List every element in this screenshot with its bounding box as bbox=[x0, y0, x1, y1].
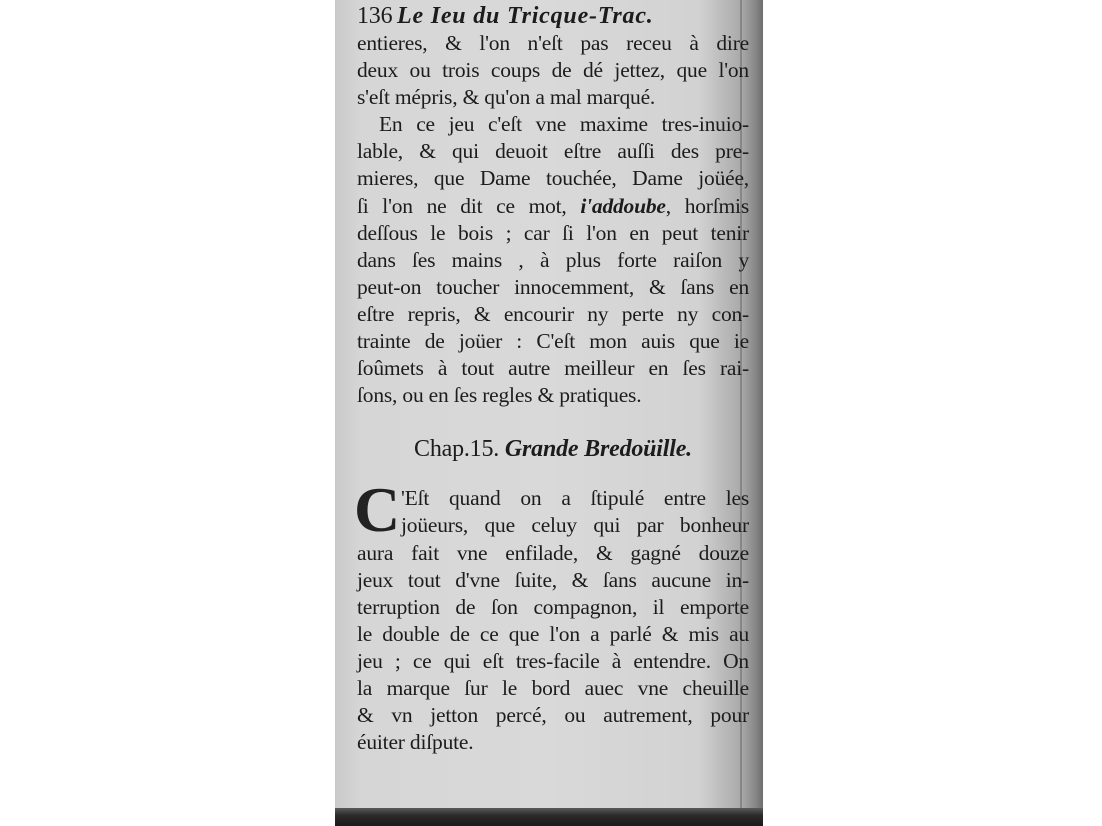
text-line: eſtre repris, & encourir ny perte ny con… bbox=[357, 301, 749, 328]
italic-term: i'addoube bbox=[580, 194, 665, 218]
drop-cap: C bbox=[354, 481, 400, 539]
paragraph-1: entieres, & l'on n'eſt pas receu à dire … bbox=[357, 30, 749, 111]
text-line: mieres, que Dame touchée, Dame joüée, bbox=[357, 165, 749, 192]
text-span: , horſmis bbox=[666, 194, 749, 218]
text-line: En ce jeu c'eſt vne maxime tres-inuio- bbox=[357, 111, 749, 138]
text-line: jeu ; ce qui eſt tres-facile à entendre.… bbox=[357, 648, 749, 675]
text-line: deſſous le bois ; car ſi l'on en peut te… bbox=[357, 220, 749, 247]
page-header: 136 Le Ieu du Tricque-Trac. bbox=[357, 2, 749, 30]
text-line: & vn jetton percé, ou autrement, pour bbox=[357, 702, 749, 729]
text-line: jeux tout d'vne ſuite, & ſans aucune in- bbox=[357, 567, 749, 594]
chapter-number: Chap.15. bbox=[414, 436, 499, 462]
page-text-block: 136 Le Ieu du Tricque-Trac. entieres, & … bbox=[357, 2, 749, 756]
scanned-book-page: 136 Le Ieu du Tricque-Trac. entieres, & … bbox=[335, 0, 763, 826]
running-head: Le Ieu du Tricque-Trac. bbox=[397, 2, 654, 30]
text-line: aura fait vne enfilade, & gagné douze bbox=[357, 540, 749, 567]
text-line: entieres, & l'on n'eſt pas receu à dire bbox=[357, 30, 749, 57]
text-line: dans ſes mains , à plus forte raiſon y bbox=[357, 247, 749, 274]
text-line: peut-on toucher innocemment, & ſans en bbox=[357, 274, 749, 301]
paragraph-3: C 'Eſt quand on a ſtipulé entre les joüe… bbox=[357, 485, 749, 756]
text-line: ſoûmets à tout autre meilleur en ſes rai… bbox=[357, 355, 749, 382]
text-line: la marque ſur le bord auec vne cheuille bbox=[357, 675, 749, 702]
text-line: ſi l'on ne dit ce mot, i'addoube, horſmi… bbox=[357, 193, 749, 220]
text-line: lable, & qui deuoit eſtre auſſi des pre- bbox=[357, 138, 749, 165]
chapter-title: Grande Bredoüille. bbox=[505, 436, 692, 462]
text-line: le double de ce que l'on a parlé & mis a… bbox=[357, 621, 749, 648]
text-line: trainte de joüer : C'eſt mon auis que ie bbox=[357, 328, 749, 355]
text-line: joüeurs, que celuy qui par bonheur bbox=[357, 512, 749, 539]
text-line: ſons, ou en ſes regles & pratiques. bbox=[357, 382, 749, 409]
page-number: 136 bbox=[357, 2, 397, 30]
paragraph-2: En ce jeu c'eſt vne maxime tres-inuio- l… bbox=[357, 111, 749, 409]
text-line: terruption de ſon compagnon, il emporte bbox=[357, 594, 749, 621]
text-line: 'Eſt quand on a ſtipulé entre les bbox=[357, 485, 749, 512]
text-line: deux ou trois coups de dé jettez, que l'… bbox=[357, 57, 749, 84]
text-line: s'eſt mépris, & qu'on a mal marqué. bbox=[357, 84, 749, 111]
chapter-heading: Chap.15. Grande Bredoüille. bbox=[357, 434, 749, 464]
text-line: éuiter diſpute. bbox=[357, 729, 749, 756]
text-span: ſi l'on ne dit ce mot, bbox=[357, 194, 580, 218]
